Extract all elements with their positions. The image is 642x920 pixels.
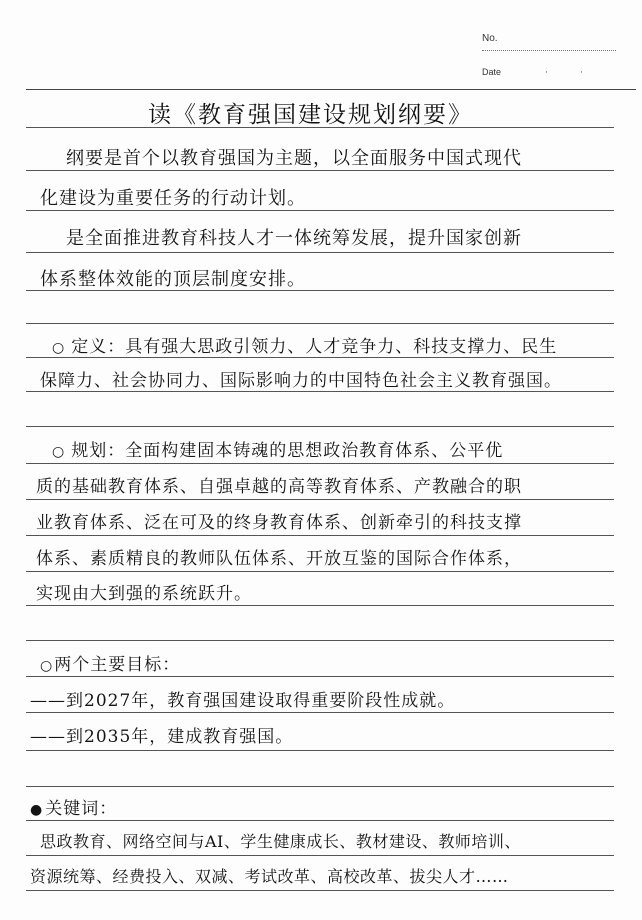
circle-bullet-icon: ○ (52, 444, 65, 460)
ruled-line (26, 605, 614, 606)
keywords-heading-text: 关键词： (45, 799, 117, 819)
planning-line-2: 质的基础教育体系、自强卓越的高等教育体系、产教融合的职 (36, 472, 522, 497)
ruled-line (26, 890, 614, 891)
keywords-line-1: 思政教育、网络空间与AI、学生健康成长、教材建设、教师培训、 (40, 829, 521, 852)
goals-heading-text: 两个主要目标： (54, 655, 180, 675)
ruled-line (26, 750, 614, 751)
circle-bullet-icon: ○ (52, 340, 65, 356)
ruled-line (26, 323, 614, 324)
header-date-label: Date (482, 67, 501, 77)
header-no-dotted-line (482, 50, 616, 51)
filled-bullet-icon: ● (30, 802, 43, 818)
date-separator: · (580, 68, 583, 78)
ruled-line (26, 712, 614, 713)
definition-line-2: 保障力、社会协同力、国际影响力的中国特色社会主义教育强国。 (40, 366, 562, 391)
ruled-line (26, 820, 614, 821)
intro-line-4: 体系整体效能的顶层制度安排。 (40, 265, 306, 291)
goal-item-2: ——到2035年，建成教育强国。 (30, 722, 293, 747)
ruled-line (26, 499, 614, 500)
ruled-line (26, 640, 614, 641)
definition-line-1: ○定义：具有强大思政引领力、人才竞争力、科技支撑力、民生 (52, 332, 557, 357)
keywords-heading: ●关键词： (30, 794, 117, 819)
circle-bullet-icon: ○ (40, 658, 53, 674)
planning-line-5: 实现由大到强的系统跃升。 (36, 579, 252, 604)
page-title: 读《教育强国建设规划纲要》 (148, 96, 473, 129)
ruled-line (26, 786, 614, 787)
ruled-line (26, 357, 614, 358)
planning-line-4: 体系、素质精良的教师队伍体系、开放互鉴的国际合作体系， (36, 544, 522, 569)
ruled-line (26, 571, 614, 572)
intro-line-3: 是全面推进教育科技人才一体统筹发展，提升国家创新 (66, 224, 522, 250)
goal-item-1: ——到2027年，教育强国建设取得重要阶段性成就。 (30, 686, 455, 711)
planning-line-1: ○规划：全面构建固本铸魂的思想政治教育体系、公平优 (52, 436, 503, 461)
ruled-line (26, 676, 614, 677)
planning-text-1: 规划：全面构建固本铸魂的思想政治教育体系、公平优 (71, 441, 503, 461)
intro-line-1: 纲要是首个以教育强国为主题，以全面服务中国式现代 (66, 144, 522, 170)
notebook-page: No. Date · · 读《教育强国建设规划纲要》 纲要是首个以教育强国为主题… (0, 0, 642, 920)
date-separator: · (545, 68, 548, 78)
planning-line-3: 业教育体系、泛在可及的终身教育体系、创新牵引的科技支撑 (36, 508, 522, 533)
ruled-line (26, 535, 614, 536)
ruled-line (26, 426, 614, 427)
ruled-line (26, 463, 614, 464)
goals-heading: ○两个主要目标： (40, 650, 180, 675)
ruled-line (26, 391, 614, 392)
header-divider (26, 89, 636, 90)
intro-line-2: 化建设为重要任务的行动计划。 (40, 184, 306, 210)
ruled-line (26, 252, 614, 253)
ruled-line (26, 210, 614, 211)
header-no-label: No. (482, 33, 498, 44)
ruled-line (26, 170, 614, 171)
definition-text-1: 定义：具有强大思政引领力、人才竞争力、科技支撑力、民生 (71, 337, 557, 357)
keywords-line-2: 资源统筹、经费投入、双减、考试改革、高校改革、拔尖人才…… (30, 864, 509, 887)
ruled-line (26, 855, 614, 856)
